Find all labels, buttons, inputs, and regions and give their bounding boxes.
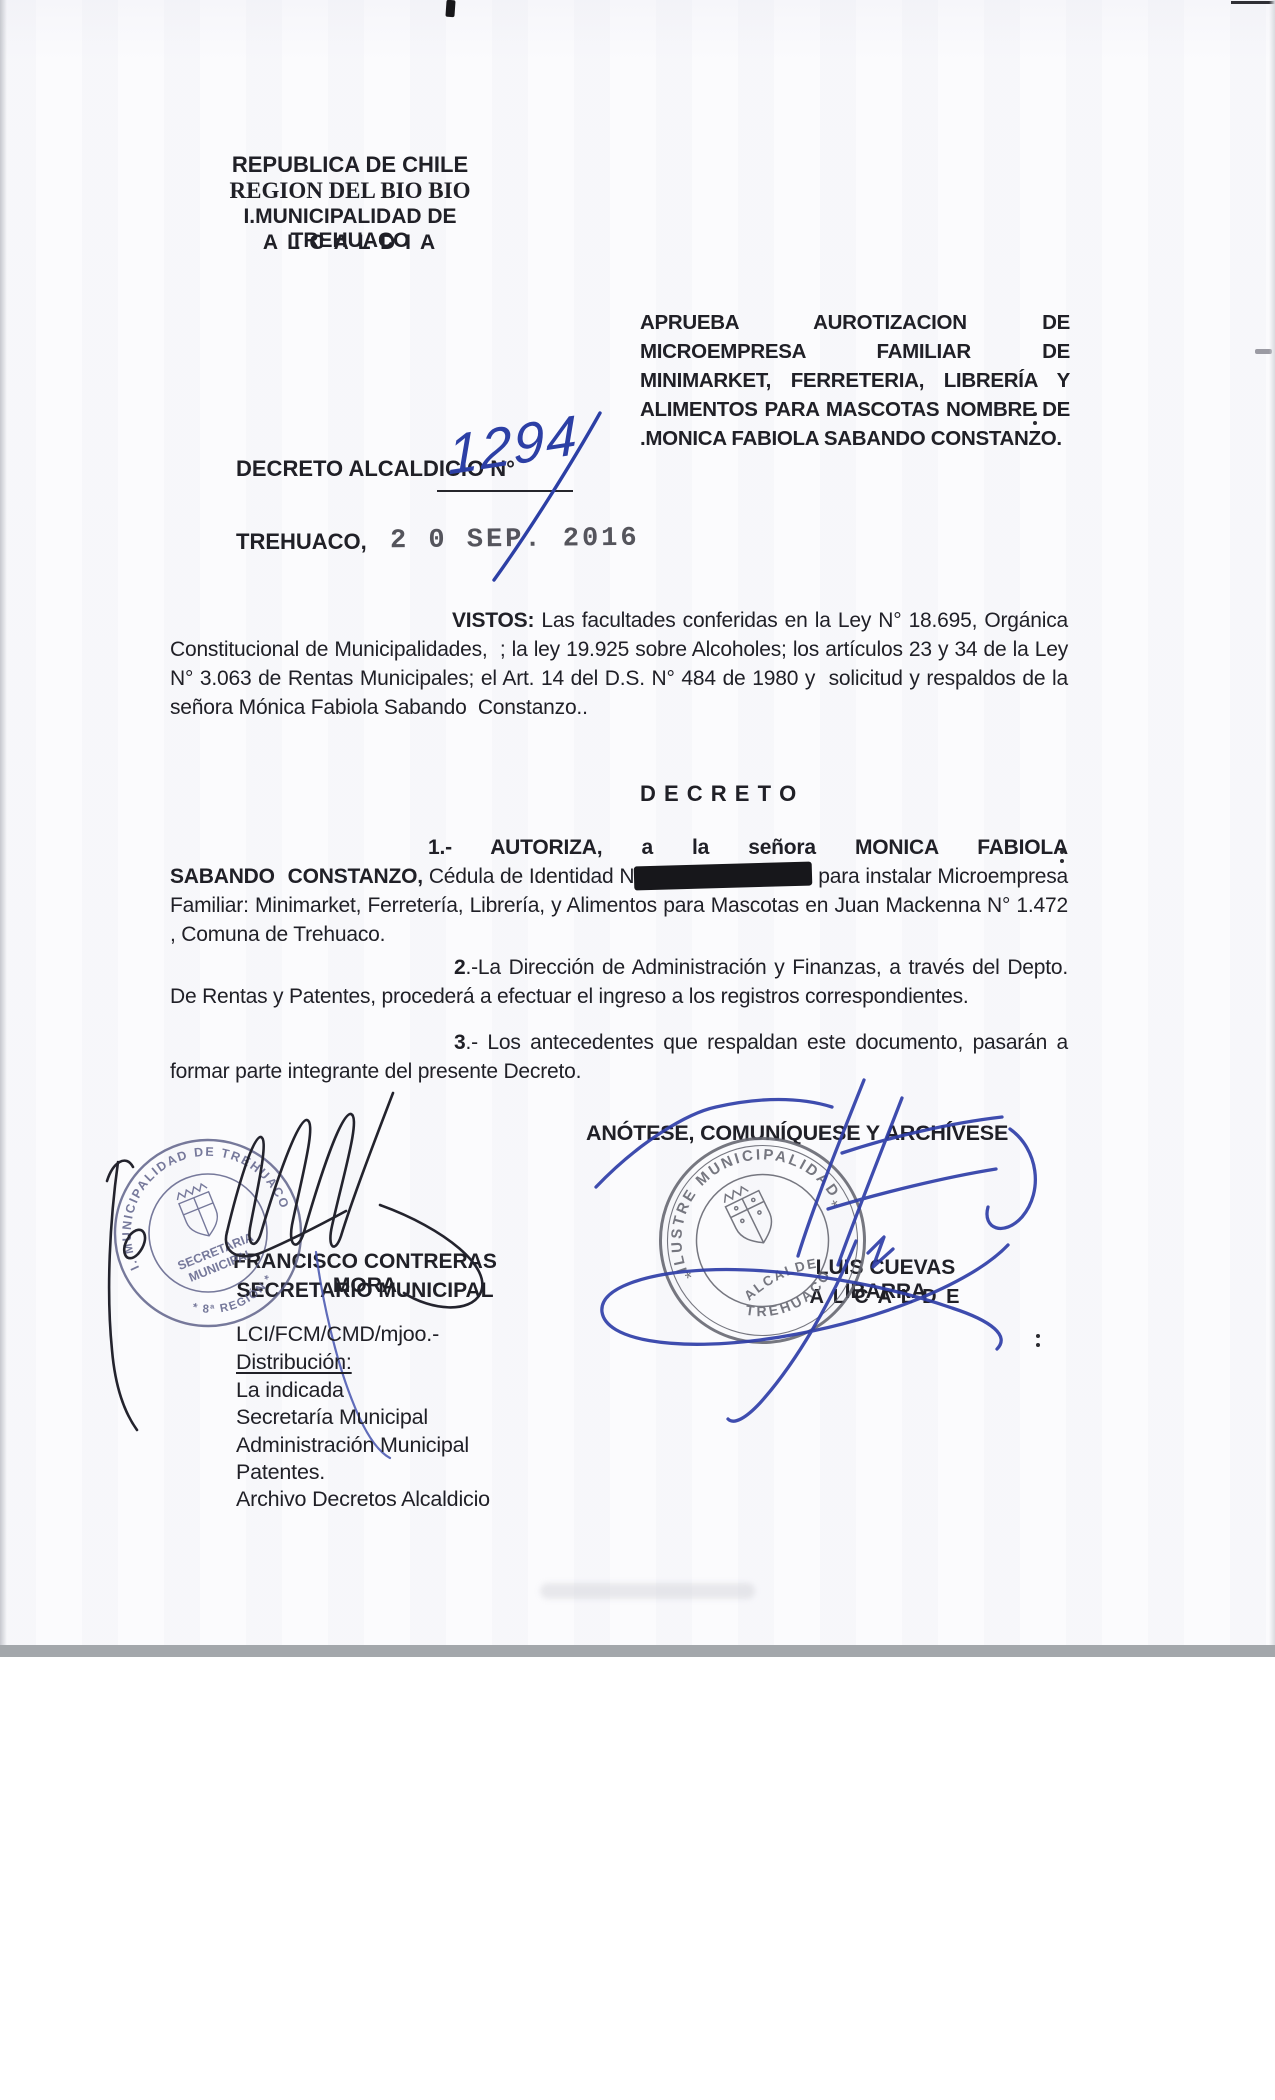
subject-paragraph: APRUEBA AUROTIZACION DE MICROEMPRESA FAM… — [640, 308, 1070, 453]
vistos-body: Las facultades conferidas en la Ley N° 1… — [170, 609, 1074, 719]
vistos-paragraph: VISTOS: Las facultades conferidas en la … — [170, 606, 1068, 722]
letterhead-region: REGION DEL BIO BIO — [190, 178, 510, 204]
scanner-shadow-left — [0, 0, 7, 1645]
decreto-title: D E C R E T O — [640, 781, 797, 807]
article-2-num: 2 — [454, 956, 465, 979]
vistos-label: VISTOS: — [452, 609, 534, 632]
redacted-id-number: ° 16.153.151-0 — [665, 864, 813, 891]
article-2: 2.-La Dirección de Administración y Fina… — [170, 953, 1068, 1011]
article-1-mid: Cédula de Identidad N — [423, 865, 634, 888]
article-1: 1.- AUTORIZA, a la señora MONICA FABIOLA… — [170, 833, 1068, 949]
ink-dot-artifact — [1036, 1334, 1041, 1348]
pen-slash-stroke — [400, 395, 650, 590]
mayor-signature — [596, 1080, 1035, 1421]
letterhead-office: A L C A L D I A — [190, 231, 510, 255]
scanned-decree-page: REPUBLICA DE CHILE REGION DEL BIO BIO I.… — [0, 0, 1275, 2100]
distribution-item: La indicada — [236, 1378, 344, 1403]
distribution-item: Patentes. — [236, 1460, 325, 1485]
pen-signatures-layer — [0, 1040, 1100, 1460]
letterhead-country: REPUBLICA DE CHILE — [190, 152, 510, 178]
paper-bottom-edge — [0, 1645, 1275, 1657]
paper-sheet: REPUBLICA DE CHILE REGION DEL BIO BIO I.… — [0, 0, 1275, 1645]
article-2-text: .-La Dirección de Administración y Finan… — [170, 956, 1074, 1008]
scanner-shadow-right — [1269, 0, 1275, 1645]
place-label: TREHUACO, — [236, 529, 367, 555]
scan-smudge — [540, 1583, 755, 1599]
distribution-item: Archivo Decretos Alcaldicio — [236, 1487, 490, 1512]
distribution-item: Administración Municipal — [236, 1433, 469, 1458]
drafting-initials: LCI/FCM/CMD/mjoo.- — [236, 1322, 439, 1347]
distribution-item: Secretaría Municipal — [236, 1405, 428, 1430]
scan-ink-blot — [445, 0, 455, 17]
distribution-label: Distribución: — [236, 1350, 352, 1375]
date-stamp: 2 0 SEP. 2016 — [390, 524, 640, 557]
redaction-bar: ° 16.153.151-0 — [634, 862, 813, 891]
ink-dot-artifact — [1033, 412, 1038, 426]
ink-dot-artifact — [1060, 850, 1065, 864]
